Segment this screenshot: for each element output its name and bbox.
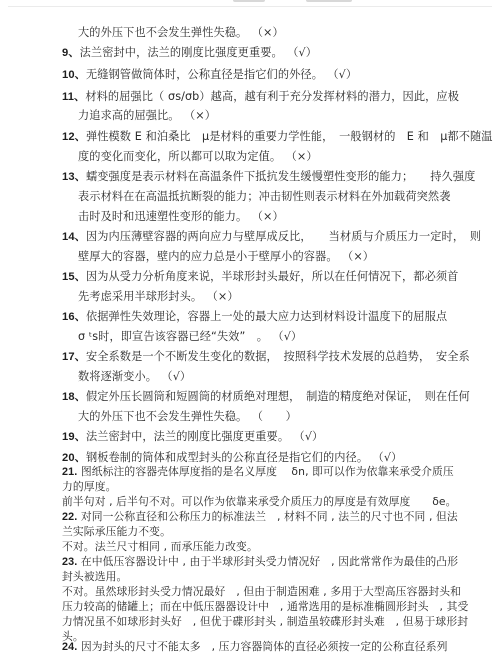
answer-mark: （√） <box>167 370 191 383</box>
toolbar-tab-1[interactable] <box>233 0 265 2</box>
question-number: 23. <box>62 556 77 568</box>
line-text: 材料的屈强比（ σs/σb）越高，越有利于充分发挥材料的潜力，因此，应极 <box>85 90 459 103</box>
question-number: 11、 <box>62 91 85 103</box>
line-text: 对同一公称直径和公称压力的标准法兰 , 材料不同 , 法兰的尺寸也不同 , 但法 <box>77 510 458 523</box>
question-line: 11、材料的屈强比（ σs/σb）越高，越有利于充分发挥材料的潜力，因此，应极 <box>62 90 459 104</box>
text-line: 封头被选用。 <box>62 570 127 584</box>
question-line: 19、法兰密封中，法兰的刚度比强度更重要。（√） <box>62 430 323 444</box>
line-text: 因为封头的尺寸不能太多 , 压力容器筒体的直径必须按一定的公称直径系列 <box>77 640 447 653</box>
question-number: 9、 <box>62 47 80 59</box>
question-number: 24. <box>62 641 77 653</box>
line-text: 假定外压长圆筒和短圆筒的材质绝对理想， 制造的精度绝对保证， 则在任何 <box>86 390 470 403</box>
line-text: 壁厚大的容器，壁内的应力总是小于壁厚小的容器。 <box>78 250 338 263</box>
question-number: 22. <box>62 511 77 523</box>
line-text: 击时及时和迅速塑性变形的能力。 <box>78 210 247 223</box>
text-line: 压力较高的储罐上；而在中低压器器设计中 , 通常选用的是标准椭圆形封头 , 其受 <box>62 600 468 614</box>
line-text: 弹性模数 E 和泊桑比 μ是材料的重要力学性能， 一般钢材的 E 和 μ都不随温 <box>86 130 493 143</box>
question-number: 19、 <box>62 431 86 443</box>
line-text: 在中低压容器设计中 , 由于半球形封头受力情况好 , 因此常常作为最佳的凸形 <box>77 555 458 568</box>
question-line: 18、假定外压长圆筒和短圆筒的材质绝对理想， 制造的精度绝对保证， 则在任何 <box>62 390 470 404</box>
question-number: 13、 <box>62 171 86 183</box>
answer-mark: （×） <box>348 250 374 263</box>
line-text: 表示材料在在高温抵抗断裂的能力；冲击韧性则表示材料在外加载荷突然袭 <box>78 190 451 203</box>
line-text: 不对。虽然球形封头受力情况最好 , 但由于制造困难 , 多用于大型高压容器封头和 <box>62 585 461 598</box>
line-text: 不对。法兰尺寸相同 , 而承压能力改变。 <box>62 540 258 553</box>
text-line: 度的变化而变化，所以都可以取为定值。（×） <box>78 150 318 164</box>
question-number: 12、 <box>62 131 86 143</box>
answer-mark: （√） <box>333 68 357 81</box>
text-line: 前半句对 , 后半句不对。可以作为依靠来承受介质压力的厚度是有效厚度 δe。 <box>62 495 457 509</box>
line-text: 法兰密封中，法兰的刚度比强度更重要。 <box>86 430 289 443</box>
answer-mark: （√） <box>278 330 302 343</box>
text-line: 壁厚大的容器，壁内的应力总是小于壁厚小的容器。（×） <box>78 250 374 264</box>
answer-mark: （×） <box>190 109 216 122</box>
question-number: 21. <box>62 466 77 478</box>
text-line: 不对。法兰尺寸相同 , 而承压能力改变。 <box>62 540 258 554</box>
question-number: 18、 <box>62 391 86 403</box>
text-line: 大的外压下也不会发生弹性失稳。（ ） <box>78 410 297 424</box>
answer-mark: （ ） <box>257 410 297 423</box>
question-line: 10、无缝钢管做筒体时，公称直径是指它们的外径。（√） <box>62 68 357 82</box>
question-number: 20、 <box>62 452 86 464</box>
question-line: 9、法兰密封中，法兰的刚度比强度更重要。（√） <box>62 46 317 60</box>
question-line: 20、钢板卷制的筒体和成型封头的公称直径是指它们的内径。（√） <box>62 451 402 465</box>
line-text: 因为从受力分析角度来说，半球形封头最好，所以在任何情况下，都必须首 <box>86 270 459 283</box>
question-line: 23. 在中低压容器设计中 , 由于半球形封头受力情况好 , 因此常常作为最佳的… <box>62 555 458 569</box>
line-text: 法兰密封中，法兰的刚度比强度更重要。 <box>80 46 283 59</box>
question-line: 16、依据弹性失效理论，容器上一处的最大应力达到材料设计温度下的屈服点 <box>62 310 447 324</box>
line-text: 无缝钢管做筒体时，公称直径是指它们的外径。 <box>86 68 323 81</box>
top-toolbar-strip <box>8 0 492 7</box>
line-text: 大的外压下也不会发生弹性失稳。 <box>78 26 247 39</box>
text-line: σ ᵗs时，即宣告该容器已经“失效” 。（√） <box>78 330 302 344</box>
line-text: 依据弹性失效理论，容器上一处的最大应力达到材料设计温度下的屈服点 <box>86 310 447 323</box>
line-text: 蠕变强度是表示材料在高温条件下抵抗发生缓慢塑性变形的能力； 持久强度 <box>86 170 475 183</box>
answer-mark: （√） <box>378 451 402 464</box>
text-line: 力追求高的屈强比。（×） <box>78 109 216 123</box>
toolbar-tab-2[interactable] <box>306 0 352 2</box>
text-line: 数将逐渐变小。（√） <box>78 370 191 384</box>
question-line: 17、安全系数是一个不断发生变化的数据， 按照科学技术发展的总趋势， 安全系 <box>62 350 470 364</box>
text-line: 大的外压下也不会发生弹性失稳。（×） <box>78 26 284 40</box>
question-number: 10、 <box>62 69 86 81</box>
text-line: 表示材料在在高温抵抗断裂的能力；冲击韧性则表示材料在外加载荷突然袭 <box>78 190 451 204</box>
question-number: 14、 <box>62 231 86 243</box>
line-text: 安全系数是一个不断发生变化的数据， 按照科学技术发展的总趋势， 安全系 <box>86 350 470 363</box>
text-line: 击时及时和迅速塑性变形的能力。（×） <box>78 210 284 224</box>
text-line: 兰实际承压能力不变。 <box>62 525 171 539</box>
answer-mark: （×） <box>291 150 317 163</box>
question-line: 24. 因为封头的尺寸不能太多 , 压力容器筒体的直径必须按一定的公称直径系列 <box>62 640 448 653</box>
answer-mark: （√） <box>293 46 317 59</box>
line-text: 封头被选用。 <box>62 570 127 583</box>
answer-mark: （×） <box>257 210 283 223</box>
line-text: 钢板卷制的筒体和成型封头的公称直径是指它们的内径。 <box>86 451 368 464</box>
line-text: 数将逐渐变小。 <box>78 370 157 383</box>
question-line: 15、因为从受力分析角度来说，半球形封头最好，所以在任何情况下，都必须首 <box>62 270 458 284</box>
answer-mark: （×） <box>212 290 238 303</box>
text-line: 先考虑采用半球形封头。（×） <box>78 290 239 304</box>
question-line: 12、弹性模数 E 和泊桑比 μ是材料的重要力学性能， 一般钢材的 E 和 μ都… <box>62 130 493 144</box>
line-text: 因为内压薄壁容器的两向应力与壁厚成反比， 当材质与介质压力一定时， 则 <box>86 230 481 243</box>
answer-mark: （×） <box>257 26 283 39</box>
line-text: 度的变化而变化，所以都可以取为定值。 <box>78 150 281 163</box>
text-line: 不对。虽然球形封头受力情况最好 , 但由于制造困难 , 多用于大型高压容器封头和 <box>62 585 461 599</box>
line-text: 力的厚度。 <box>62 480 116 493</box>
text-line: 力情况虽不如球形封头好 , 但优于碟形封头 , 制造虽较碟形封头难 , 但易于球… <box>62 615 468 629</box>
text-line: 力的厚度。 <box>62 480 116 494</box>
question-line: 13、蠕变强度是表示材料在高温条件下抵抗发生缓慢塑性变形的能力； 持久强度 <box>62 170 475 184</box>
line-text: 前半句对 , 后半句不对。可以作为依靠来承受介质压力的厚度是有效厚度 δe。 <box>62 495 457 508</box>
question-line: 22. 对同一公称直径和公称压力的标准法兰 , 材料不同 , 法兰的尺寸也不同 … <box>62 510 458 524</box>
question-line: 21. 图纸标注的容器壳体厚度指的是名义厚度 δn, 即可以作为依靠来承受介质压 <box>62 465 454 479</box>
line-text: 压力较高的储罐上；而在中低压器器设计中 , 通常选用的是标准椭圆形封头 , 其受 <box>62 600 468 613</box>
question-line: 14、因为内压薄壁容器的两向应力与壁厚成反比， 当材质与介质压力一定时， 则 <box>62 230 481 244</box>
line-text: 力追求高的屈强比。 <box>78 109 180 122</box>
line-text: 兰实际承压能力不变。 <box>62 525 171 538</box>
question-number: 17、 <box>62 351 86 363</box>
line-text: 先考虑采用半球形封头。 <box>78 290 202 303</box>
question-number: 15、 <box>62 271 86 283</box>
line-text: σ ᵗs时，即宣告该容器已经“失效” 。 <box>78 330 268 343</box>
line-text: 图纸标注的容器壳体厚度指的是名义厚度 δn, 即可以作为依靠来承受介质压 <box>77 465 453 478</box>
line-text: 大的外压下也不会发生弹性失稳。 <box>78 410 247 423</box>
answer-mark: （√） <box>299 430 323 443</box>
line-text: 力情况虽不如球形封头好 , 但优于碟形封头 , 制造虽较碟形封头难 , 但易于球… <box>62 615 468 628</box>
question-number: 16、 <box>62 311 86 323</box>
